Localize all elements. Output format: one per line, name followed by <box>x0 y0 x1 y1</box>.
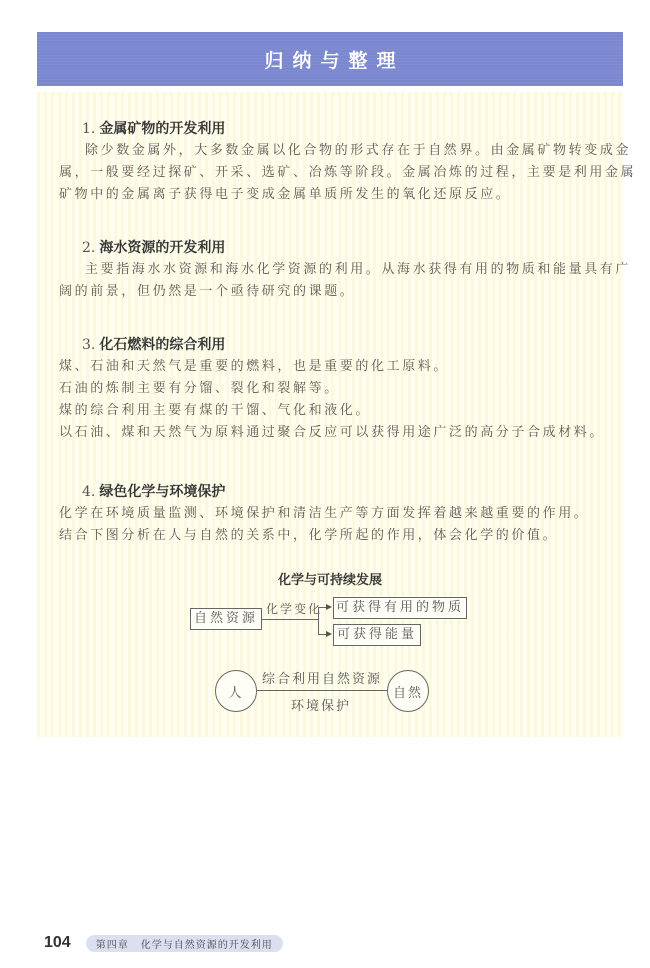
section-number: 1. <box>82 121 95 137</box>
nature-label: 自然 <box>393 682 423 701</box>
paragraph-line: 除少数金属外，大多数金属以化合物的形式存在于自然界。由金属矿物转变成金 <box>59 140 613 162</box>
connector-line <box>318 607 319 634</box>
section-paragraph: 主要指海水水资源和海水化学资源的利用。从海水获得有用的物质和能量具有广 阔的前景… <box>59 259 613 303</box>
chapter-number: 第四章 <box>96 940 129 951</box>
section-number: 2. <box>82 240 95 256</box>
section-title: 绿色化学与环境保护 <box>99 484 225 500</box>
chapter-title: 化学与自然资源的开发利用 <box>141 940 273 951</box>
chapter-badge: 第四章化学与自然资源的开发利用 <box>86 935 283 952</box>
section-heading: 3.化石燃料的综合利用 <box>82 334 225 354</box>
section-paragraph: 除少数金属外，大多数金属以化合物的形式存在于自然界。由金属矿物转变成金 属，一般… <box>59 140 613 206</box>
paragraph-line: 主要指海水水资源和海水化学资源的利用。从海水获得有用的物质和能量具有广 <box>59 259 613 281</box>
diagram-title: 化学与可持续发展 <box>37 569 623 588</box>
page-number: 104 <box>44 934 71 952</box>
arrow-icon <box>326 631 332 637</box>
relation-line <box>257 690 387 691</box>
section-number: 3. <box>82 337 95 353</box>
paragraph-line: 阔的前景，但仍然是一个亟待研究的课题。 <box>59 281 613 303</box>
human-circle: 人 <box>215 670 257 712</box>
paragraph-line: 结合下图分析在人与自然的关系中，化学所起的作用，体会化学的价值。 <box>59 525 613 547</box>
environment-protection-label: 环境保护 <box>291 695 351 714</box>
section-number: 4. <box>82 484 95 500</box>
section-banner: 归纳与整理 <box>37 32 623 86</box>
useful-substances-box: 可获得有用的物质 <box>333 597 467 619</box>
connector-line <box>262 619 318 620</box>
human-label: 人 <box>228 682 243 701</box>
summary-panel: 1.金属矿物的开发利用 除少数金属外，大多数金属以化合物的形式存在于自然界。由金… <box>37 92 623 737</box>
paragraph-line: 矿物中的金属离子获得电子变成金属单质所发生的氧化还原反应。 <box>59 184 613 206</box>
paragraph-line: 煤的综合利用主要有煤的干馏、气化和液化。 <box>59 400 613 422</box>
paragraph-line: 石油的炼制主要有分馏、裂化和裂解等。 <box>59 378 613 400</box>
resource-use-label: 综合利用自然资源 <box>262 668 382 687</box>
paragraph-line: 化学在环境质量监测、环境保护和清洁生产等方面发挥着越来越重要的作用。 <box>59 503 613 525</box>
section-heading: 2.海水资源的开发利用 <box>82 237 225 257</box>
section-title: 海水资源的开发利用 <box>99 240 225 256</box>
section-title: 金属矿物的开发利用 <box>99 121 225 137</box>
natural-resources-box: 自然资源 <box>190 608 262 630</box>
page-footer: 104 第四章化学与自然资源的开发利用 <box>44 934 283 952</box>
paragraph-line: 煤、石油和天然气是重要的燃料，也是重要的化工原料。 <box>59 356 613 378</box>
paragraph-line: 属，一般要经过探矿、开采、选矿、冶炼等阶段。金属冶炼的过程，主要是利用金属 <box>59 162 613 184</box>
section-heading: 4.绿色化学与环境保护 <box>82 481 225 501</box>
section-paragraph: 化学在环境质量监测、环境保护和清洁生产等方面发挥着越来越重要的作用。 结合下图分… <box>59 503 613 547</box>
energy-box: 可获得能量 <box>333 624 421 646</box>
section-heading: 1.金属矿物的开发利用 <box>82 118 225 138</box>
arrow-icon <box>326 604 332 610</box>
section-paragraph: 煤、石油和天然气是重要的燃料，也是重要的化工原料。 石油的炼制主要有分馏、裂化和… <box>59 356 613 444</box>
section-title: 化石燃料的综合利用 <box>99 337 225 353</box>
chemical-change-label: 化学变化 <box>266 600 322 617</box>
paragraph-line: 以石油、煤和天然气为原料通过聚合反应可以获得用途广泛的高分子合成材料。 <box>59 422 613 444</box>
nature-circle: 自然 <box>387 670 429 712</box>
banner-title: 归纳与整理 <box>255 46 404 73</box>
